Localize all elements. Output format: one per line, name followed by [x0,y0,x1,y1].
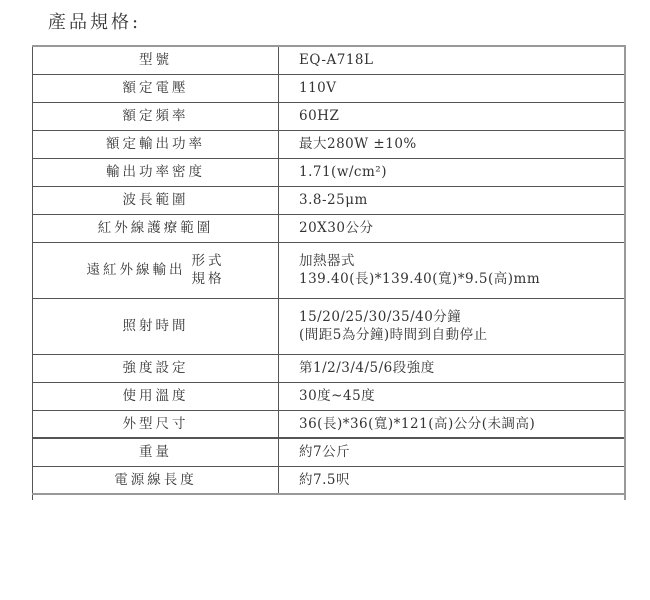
row-label: 波長範圍 [33,186,279,214]
table-row-cord-length: 電源線長度 約7.5呎 [33,466,626,494]
row-value: 最大280W ±10% [279,130,626,158]
row-value: 30度~45度 [279,382,626,410]
row-label: 強度設定 [33,354,279,382]
value-line-type: 加熱器式 [299,252,624,270]
spec-table: 型號 EQ-A718L 額定電壓 110V 額定頻率 60HZ 額定輸出功率 最… [32,45,626,500]
empty-cell [33,494,626,500]
row-label: 紅外線護療範圍 [33,214,279,242]
row-label: 重量 [33,438,279,466]
row-value: 60HZ [279,102,626,130]
row-label: 額定輸出功率 [33,130,279,158]
table-row-temperature: 使用溫度 30度~45度 [33,382,626,410]
row-label: 使用溫度 [33,382,279,410]
sub-labels: 形式 規格 [192,252,225,288]
value-line-note: (間距5為分鐘)時間到自動停止 [299,326,624,344]
row-label: 型號 [33,46,279,74]
value-line-spec: 139.40(長)*139.40(寬)*9.5(高)mm [299,270,624,288]
row-value: 36(長)*36(寬)*121(高)公分(未調高) [279,410,626,438]
row-value: 3.8-25μm [279,186,626,214]
row-label: 照射時間 [33,298,279,354]
row-value: 1.71(w/cm²) [279,158,626,186]
row-value: 20X30公分 [279,214,626,242]
table-row-empty-tail [33,494,626,500]
table-row-model: 型號 EQ-A718L [33,46,626,74]
table-row-intensity: 強度設定 第1/2/3/4/5/6段強度 [33,354,626,382]
row-label: 額定電壓 [33,74,279,102]
section-heading: 產品規格: [48,8,141,34]
value-line-times: 15/20/25/30/35/40分鐘 [299,308,624,326]
row-label-main: 遠紅外線輸出 [87,261,186,279]
table-row-power-density: 輸出功率密度 1.71(w/cm²) [33,158,626,186]
row-value: 15/20/25/30/35/40分鐘 (間距5為分鐘)時間到自動停止 [279,298,626,354]
row-label: 外型尺寸 [33,410,279,438]
row-label: 遠紅外線輸出 形式 規格 [33,242,279,298]
row-value: 110V [279,74,626,102]
sub-label-spec: 規格 [192,270,225,288]
table-row-dimensions: 外型尺寸 36(長)*36(寬)*121(高)公分(未調高) [33,410,626,438]
row-value: 加熱器式 139.40(長)*139.40(寬)*9.5(高)mm [279,242,626,298]
table-row-weight: 重量 約7公斤 [33,438,626,466]
row-value: 約7.5呎 [279,466,626,494]
row-value: 約7公斤 [279,438,626,466]
table-row-wavelength: 波長範圍 3.8-25μm [33,186,626,214]
row-value: EQ-A718L [279,46,626,74]
table-row-voltage: 額定電壓 110V [33,74,626,102]
row-value: 第1/2/3/4/5/6段強度 [279,354,626,382]
sub-label-type: 形式 [192,252,225,270]
split-label: 遠紅外線輸出 形式 規格 [87,252,225,288]
table-row-frequency: 額定頻率 60HZ [33,102,626,130]
row-label: 電源線長度 [33,466,279,494]
table-row-output-power: 額定輸出功率 最大280W ±10% [33,130,626,158]
row-label: 輸出功率密度 [33,158,279,186]
table-row-coverage: 紅外線護療範圍 20X30公分 [33,214,626,242]
table-row-irradiation-time: 照射時間 15/20/25/30/35/40分鐘 (間距5為分鐘)時間到自動停止 [33,298,626,354]
row-label: 額定頻率 [33,102,279,130]
table-row-far-infrared-output: 遠紅外線輸出 形式 規格 加熱器式 139.40(長)*139.40(寬)*9.… [33,242,626,298]
